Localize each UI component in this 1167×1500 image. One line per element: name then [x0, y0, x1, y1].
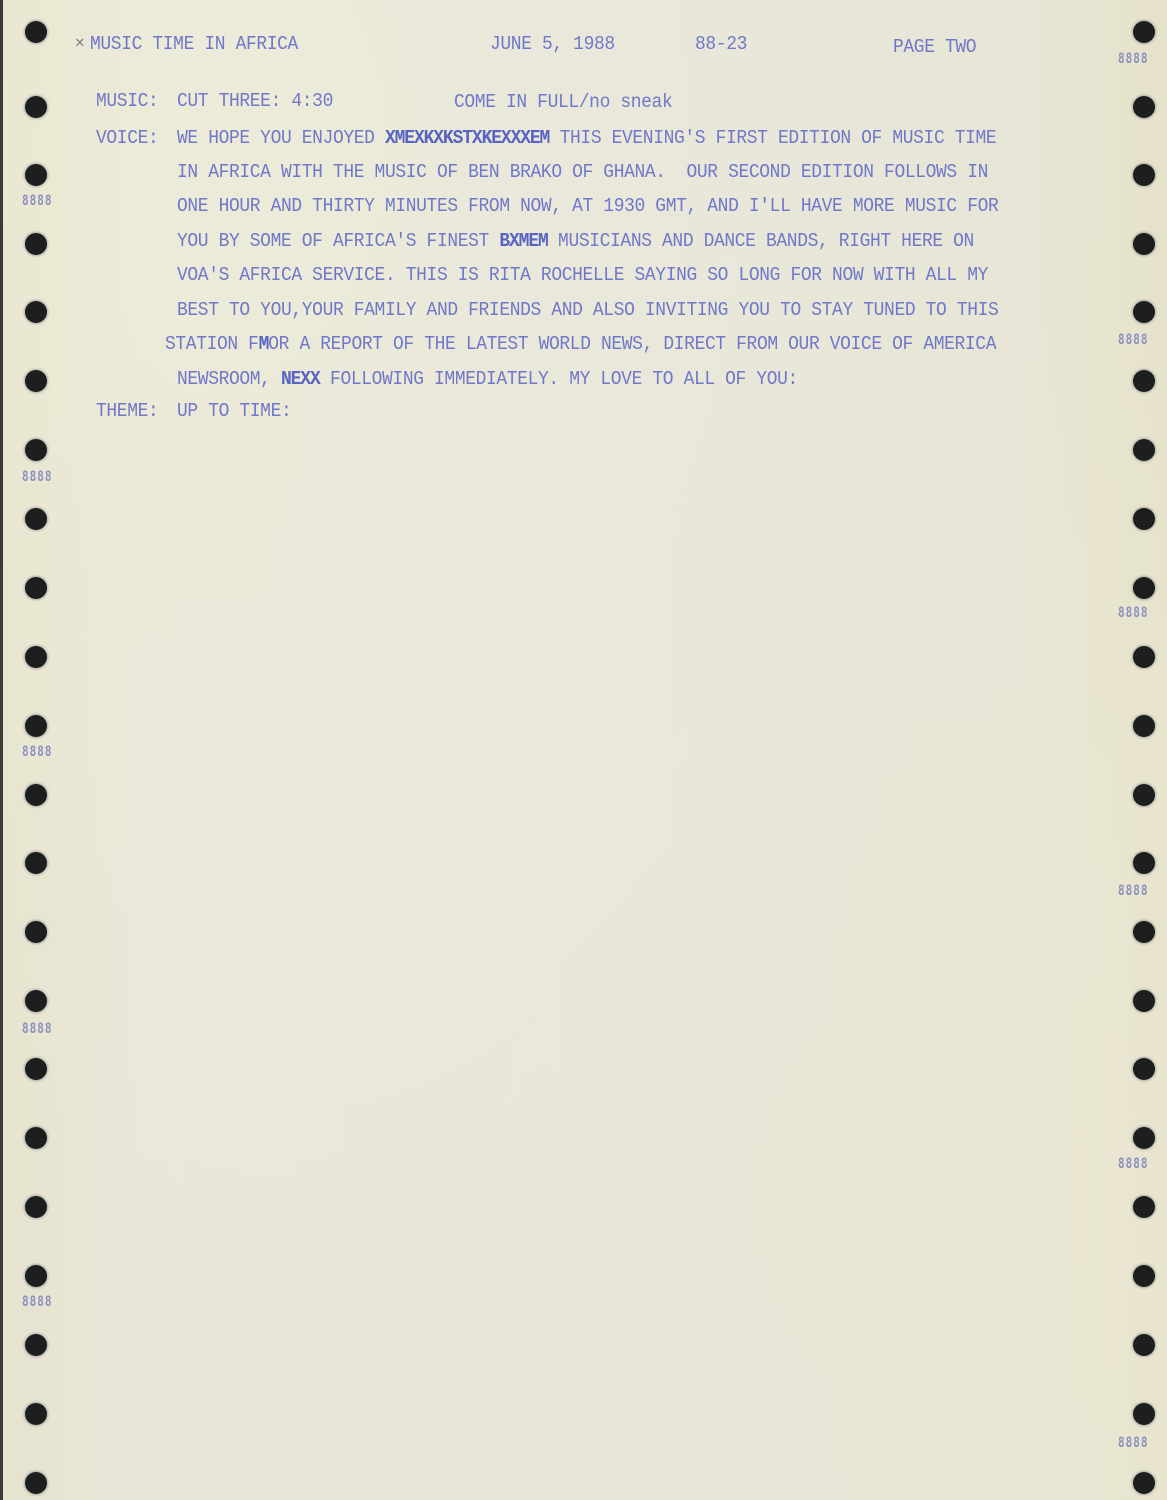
strikeover-text: M	[259, 333, 269, 355]
feed-hole	[1133, 1127, 1155, 1149]
feed-hole	[1133, 301, 1155, 323]
music-cue-label: MUSIC:	[96, 90, 158, 112]
feed-hole	[1133, 1058, 1155, 1080]
feed-hole	[1133, 1334, 1155, 1356]
feed-hole	[1133, 852, 1155, 874]
voice-line: STATION FMOR A REPORT OF THE LATEST WORL…	[165, 333, 996, 355]
feed-hole	[25, 96, 47, 118]
typed-text: VOA'S AFRICA SERVICE. THIS IS RITA ROCHE…	[177, 264, 988, 286]
feed-hole	[1133, 1472, 1155, 1494]
music-cue-direction: COME IN FULL/no sneak	[454, 91, 672, 113]
typed-text: WE HOPE YOU ENJOYED	[177, 127, 385, 149]
theme-cue-label: THEME:	[96, 400, 158, 422]
feed-hole	[25, 439, 47, 461]
typed-text: YOU BY SOME OF AFRICA'S FINEST	[177, 230, 499, 252]
voice-label: VOICE:	[96, 127, 158, 149]
feed-hole	[1133, 784, 1155, 806]
typed-text: IN AFRICA WITH THE MUSIC OF BEN BRAKO OF…	[177, 161, 988, 183]
feed-hole	[25, 852, 47, 874]
voice-line: BEST TO YOU,YOUR FAMILY AND FRIENDS AND …	[177, 299, 998, 321]
feed-hole	[1133, 508, 1155, 530]
feed-hole	[25, 1058, 47, 1080]
feed-hole	[25, 990, 47, 1012]
perforation-mark: 8888	[1118, 50, 1149, 67]
typed-text: ONE HOUR AND THIRTY MINUTES FROM NOW, AT…	[177, 195, 998, 217]
perforation-mark: 8888	[22, 1293, 53, 1310]
voice-line: YOU BY SOME OF AFRICA'S FINEST BXMEM MUS…	[177, 230, 974, 252]
feed-hole	[25, 1472, 47, 1494]
feed-hole	[25, 1403, 47, 1425]
feed-hole	[25, 233, 47, 255]
feed-hole	[1133, 990, 1155, 1012]
feed-hole	[25, 508, 47, 530]
feed-hole	[25, 21, 47, 43]
music-cue-text: CUT THREE: 4:30	[177, 90, 333, 112]
program-title: MUSIC TIME IN AFRICA	[90, 33, 298, 55]
script-number: 88-23	[695, 33, 747, 55]
feed-hole	[25, 164, 47, 186]
voice-line: NEWSROOM, NEXX FOLLOWING IMMEDIATELY. MY…	[177, 368, 798, 390]
feed-hole	[1133, 439, 1155, 461]
typed-text: FOLLOWING IMMEDIATELY. MY LOVE TO ALL OF…	[320, 368, 798, 390]
perforation-mark: 8888	[1118, 331, 1149, 348]
feed-hole	[25, 784, 47, 806]
perforation-mark: 8888	[22, 1020, 53, 1037]
feed-hole	[1133, 1403, 1155, 1425]
feed-hole	[25, 1334, 47, 1356]
feed-hole	[1133, 1196, 1155, 1218]
perforation-mark: 8888	[22, 468, 53, 485]
feed-hole	[25, 370, 47, 392]
typed-text: MUSICIANS AND DANCE BANDS, RIGHT HERE ON	[548, 230, 974, 252]
strikeover-text: BXMEM	[499, 230, 547, 252]
typed-text: BEST TO YOU,YOUR FAMILY AND FRIENDS AND …	[177, 299, 998, 321]
perforation-mark: 8888	[22, 192, 53, 209]
perforation-mark: 8888	[1118, 1434, 1149, 1451]
feed-hole	[25, 1196, 47, 1218]
feed-hole	[1133, 646, 1155, 668]
typed-text: STATION F	[165, 333, 259, 355]
voice-line: VOA'S AFRICA SERVICE. THIS IS RITA ROCHE…	[177, 264, 988, 286]
feed-hole	[25, 715, 47, 737]
voice-line: IN AFRICA WITH THE MUSIC OF BEN BRAKO OF…	[177, 161, 988, 183]
feed-hole	[25, 577, 47, 599]
broadcast-date: JUNE 5, 1988	[490, 33, 615, 55]
paper-edge	[0, 0, 3, 1500]
feed-hole	[25, 1265, 47, 1287]
feed-hole	[25, 921, 47, 943]
strikeover-text: NEXX	[281, 368, 320, 390]
feed-hole	[25, 646, 47, 668]
theme-cue-text: UP TO TIME:	[177, 400, 291, 422]
feed-hole	[1133, 370, 1155, 392]
perforation-mark: 8888	[1118, 1155, 1149, 1172]
feed-hole	[1133, 715, 1155, 737]
typed-text: NEWSROOM,	[177, 368, 281, 390]
page-label: PAGE TWO	[893, 36, 976, 58]
feed-hole	[1133, 577, 1155, 599]
typed-text: OR A REPORT OF THE LATEST WORLD NEWS, DI…	[268, 333, 996, 355]
feed-hole	[1133, 921, 1155, 943]
strikeover-text: XMEXKXKSTXKEXXXEM	[385, 127, 549, 149]
perforation-mark: 8888	[1118, 604, 1149, 621]
feed-hole	[1133, 1265, 1155, 1287]
perforation-mark: 8888	[1118, 882, 1149, 899]
feed-hole	[1133, 164, 1155, 186]
voice-line: WE HOPE YOU ENJOYED XMEXKXKSTXKEXXXEM TH…	[177, 127, 996, 149]
typed-text: THIS EVENING'S FIRST EDITION OF MUSIC TI…	[549, 127, 996, 149]
feed-hole	[25, 1127, 47, 1149]
feed-hole	[1133, 233, 1155, 255]
corner-smudge: ✕	[75, 32, 85, 52]
perforation-mark: 8888	[22, 743, 53, 760]
feed-hole	[25, 301, 47, 323]
voice-line: ONE HOUR AND THIRTY MINUTES FROM NOW, AT…	[177, 195, 998, 217]
feed-hole	[1133, 96, 1155, 118]
feed-hole	[1133, 21, 1155, 43]
